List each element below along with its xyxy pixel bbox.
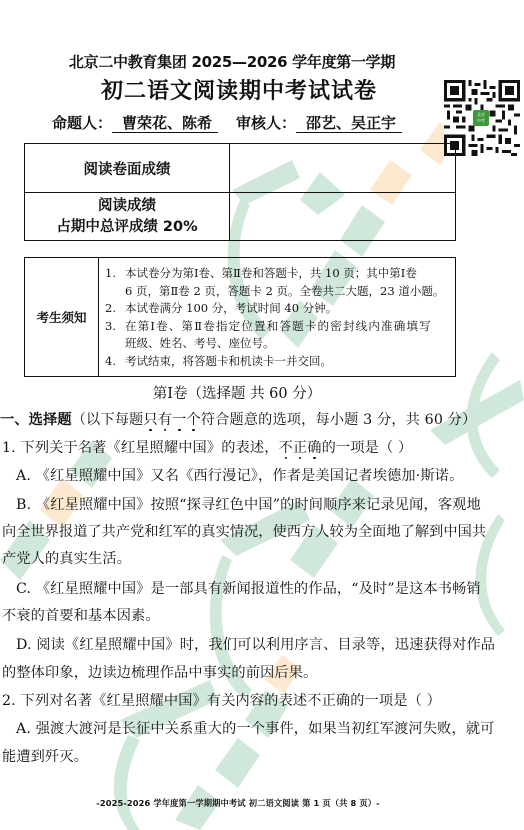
notice-item: 4.考试结束，将答题卡和机读卡一并交回。: [105, 353, 449, 371]
notice-body: 1.本试卷分为第Ⅰ卷、第Ⅱ卷和答题卡，共 10 页；其中第Ⅰ卷 6 页，第Ⅱ卷 …: [99, 258, 456, 377]
notice-item: 3.在第Ⅰ卷、第Ⅱ卷指定位置和答题卡的密封线内准确填写: [105, 318, 449, 336]
q1-option-a[interactable]: A. 《红星照耀中国》又名《西行漫记》，作者是美国记者埃德加·斯诺。: [2, 465, 463, 485]
notice-text: 考试结束，将答题卡和机读卡一并交回。: [125, 354, 332, 368]
score-label: 阅读卷面成绩: [25, 144, 230, 193]
q1-option-b[interactable]: B. 《红星照耀中国》按照“探寻红色中国”的时间顺序来记录见闻，客观地: [2, 494, 481, 514]
part-instruction: （以下每题: [72, 412, 144, 428]
q1-option-d-cont: 的整体印象，边读边梳理作品中事实的前因后果。: [2, 662, 317, 682]
emphasis-incorrect: 不正确: [279, 440, 322, 456]
qr-badge: 北京 中考: [473, 110, 489, 126]
notice-text: 班级、姓名、考号、座位号。: [125, 336, 275, 350]
q1-option-b-cont: 产党人的真实生活。: [2, 548, 131, 568]
notice-text: 本试卷分为第Ⅰ卷、第Ⅱ卷和答题卡，共 10 页；其中第Ⅰ卷: [125, 266, 417, 280]
score-value-field[interactable]: [230, 193, 456, 241]
score-table: 阅读卷面成绩 阅读成绩 占期中总评成绩 20%: [24, 143, 456, 241]
notice-num: 2.: [105, 300, 125, 318]
score-label-line2: 占期中总评成绩 20%: [25, 217, 229, 238]
setter-names: 曹荣花、陈希: [112, 115, 218, 133]
q1-option-d[interactable]: D. 阅读《红星照耀中国》时，我们可以利用序言、目录等，迅速获得对作品: [2, 634, 495, 654]
section-title: 第Ⅰ卷（选择题 共 60 分）: [0, 382, 524, 403]
reviewer-names: 邵艺、吴正宇: [296, 115, 402, 133]
score-row: 阅读卷面成绩: [25, 144, 456, 193]
part-instruction: 符合题意的选项，每小题 3 分，共 60 分）: [201, 412, 477, 428]
emphasis-only-one: 只有一个: [143, 412, 200, 428]
question-stem: 的一项是（ ）: [322, 440, 413, 456]
school-term-line: 北京二中教育集团 2025—2026 学年度第一学期: [0, 51, 524, 72]
notice-item: 1.本试卷分为第Ⅰ卷、第Ⅱ卷和答题卡，共 10 页；其中第Ⅰ卷: [105, 265, 449, 283]
notice-text: 6 页，第Ⅱ卷 2 页，答题卡 2 页。全卷共二大题，23 道小题。: [125, 284, 444, 298]
notice-item-cont: 班级、姓名、考号、座位号。: [105, 335, 449, 353]
q1-option-b-cont: 向全世界报道了共产党和红军的真实情况，使西方人较为全面地了解到中国共: [2, 521, 486, 541]
q2-option-a-cont: 能遭到歼灭。: [2, 746, 88, 766]
question-1-stem: 1. 下列关于名著《红星照耀中国》的表述，不正确的一项是（ ）: [2, 437, 412, 457]
notice-text: 本试卷满分 100 分，考试时间 40 分钟。: [125, 301, 337, 315]
question-2-stem: 2. 下列对名著《红星照耀中国》有关内容的表述不正确的一项是（ ）: [2, 690, 441, 710]
score-label: 阅读成绩 占期中总评成绩 20%: [25, 193, 230, 241]
question-stem: 1. 下列关于名著《红星照耀中国》的表述，: [2, 440, 279, 456]
notice-item: 2.本试卷满分 100 分，考试时间 40 分钟。: [105, 300, 449, 318]
exam-notice-table: 考生须知 1.本试卷分为第Ⅰ卷、第Ⅱ卷和答题卡，共 10 页；其中第Ⅰ卷 6 页…: [24, 257, 456, 377]
q2-option-a[interactable]: A. 强渡大渡河是长征中关系重大的一个事件，如果当初红军渡河失败，就可: [2, 718, 495, 738]
part-heading-line: 一、选择题（以下每题只有一个符合题意的选项，每小题 3 分，共 60 分）: [0, 409, 476, 429]
score-label-line1: 阅读成绩: [25, 196, 229, 217]
q1-option-c-cont: 不衰的首要和基本因素。: [2, 605, 160, 625]
notice-text: 在第Ⅰ卷、第Ⅱ卷指定位置和答题卡的密封线内准确填写: [125, 319, 432, 333]
authors-line: 命题人：曹荣花、陈希审核人：邵艺、吴正宇: [52, 112, 402, 133]
notice-item-cont: 6 页，第Ⅱ卷 2 页，答题卡 2 页。全卷共二大题，23 道小题。: [105, 283, 449, 301]
q1-option-c[interactable]: C. 《红星照耀中国》是一部具有新闻报道性的作品，“及时”是这本书畅销: [2, 578, 481, 598]
notice-num: 1.: [105, 265, 125, 283]
reviewer-label: 审核人：: [236, 114, 296, 132]
setter-label: 命题人：: [52, 114, 112, 132]
notice-label: 考生须知: [25, 258, 99, 377]
notice-num: 3.: [105, 318, 125, 336]
exam-page: 北京二中教育集团 2025—2026 学年度第一学期 初二语文阅读期中考试试卷 …: [0, 0, 524, 830]
score-value-field[interactable]: [230, 144, 456, 193]
score-row: 阅读成绩 占期中总评成绩 20%: [25, 193, 456, 241]
page-footer: -2025-2026 学年度第一学期期中考试 初二语文阅读 第 1 页（共 8 …: [0, 797, 524, 809]
notice-num: 4.: [105, 353, 125, 371]
part-heading: 一、选择题: [0, 412, 72, 428]
qr-badge-line2: 中考: [473, 118, 489, 124]
